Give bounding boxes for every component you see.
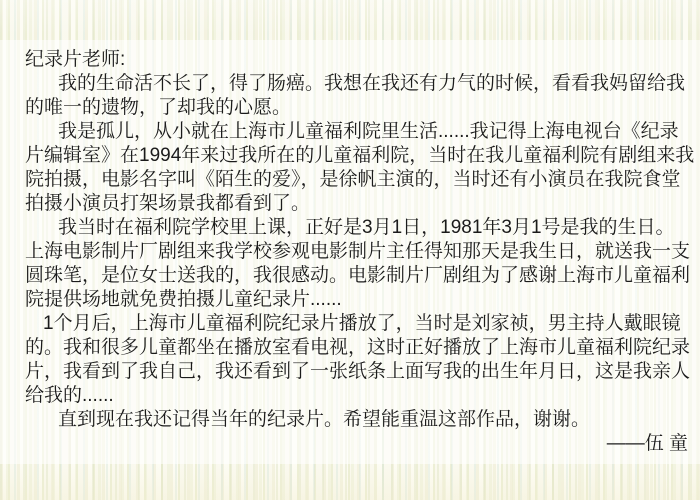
letter-line: 我的生命活不长了，得了肠癌。我想在我还有力气的时候，看看我妈留给我: [25, 72, 688, 96]
page: { "page": { "colors": { "paper": "#fcfbf…: [0, 0, 700, 500]
letter-line: 我是孤儿，从小就在上海市儿童福利院里生活......我记得上海电视台《纪录: [25, 120, 688, 144]
signature-line: ——伍 童: [25, 432, 688, 456]
letter-line: 院拍摄，电影名字叫《陌生的爱》，是徐帆主演的，当时还有小演员在我院食堂: [25, 168, 688, 192]
letter-line: 给我的......: [25, 384, 688, 408]
letter-line: 我当时在福利院学校里上课，正好是3月1日，1981年3月1号是我的生日。: [25, 216, 688, 240]
letter-line: 直到现在我还记得当年的纪录片。希望能重温这部作品，谢谢。: [25, 408, 688, 432]
letter-line: 1个月后，上海市儿童福利院纪录片播放了，当时是刘家祯，男主持人戴眼镜: [25, 312, 688, 336]
letter-line: 圆珠笔，是位女士送我的，我很感动。电影制片厂剧组为了感谢上海市儿童福利: [25, 264, 688, 288]
letter-line: 的。我和很多儿童都坐在播放室看电视，这时正好播放了上海市儿童福利院纪录: [25, 336, 688, 360]
salutation-line: 纪录片老师:: [25, 48, 688, 72]
letter-line: 片编辑室》在1994年来过我所在的儿童福利院，当时在我儿童福利院有剧组来我: [25, 144, 688, 168]
letter-line: 的唯一的遗物，了却我的心愿。: [25, 96, 688, 120]
letter-line: 上海电影制片厂剧组来我学校参观电影制片主任得知那天是我生日，就送我一支: [25, 240, 688, 264]
letter-line: 拍摄小演员打架场景我都看到了。: [25, 192, 688, 216]
letter-line: 院提供场地就免费拍摄儿童纪录片......: [25, 288, 688, 312]
letter-line: 片，我看到了我自己，我还看到了一张纸条上面写我的出生年月日，这是我亲人: [25, 360, 688, 384]
letter-body: 纪录片老师:我的生命活不长了，得了肠癌。我想在我还有力气的时候，看看我妈留给我的…: [0, 40, 700, 464]
